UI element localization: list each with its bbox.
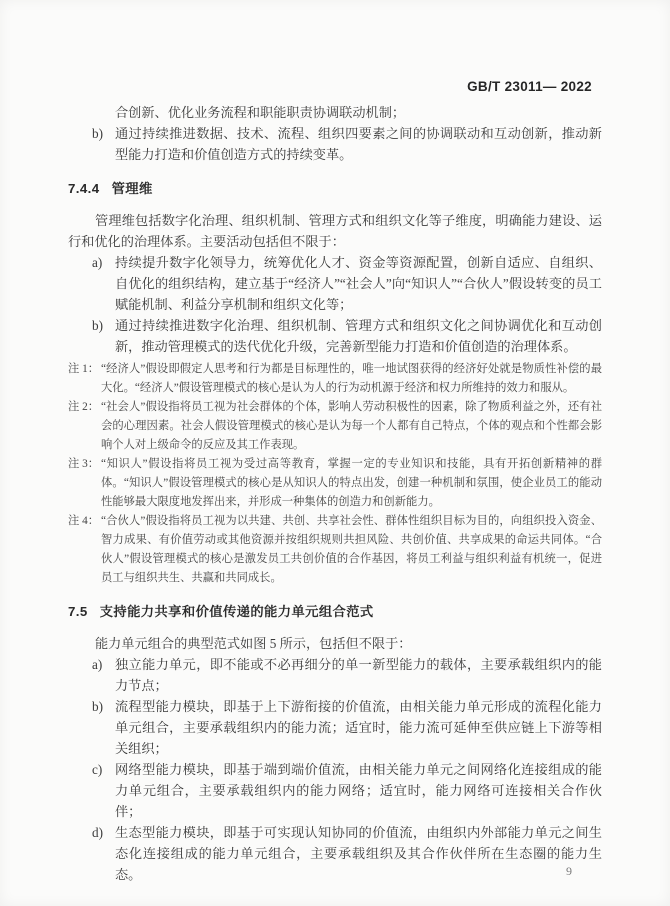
- list-item-text: 通过持续推进数字化治理、组织机制、管理方式和组织文化之间协调优化和互动创新，推动…: [115, 315, 602, 357]
- list-item-text: 网络型能力模块，即基于端到端价值流，由相关能力单元之间网络化连接组成的能力单元组…: [115, 759, 602, 822]
- section-title: 管理维: [112, 181, 153, 196]
- list-item: b) 通过持续推进数字化治理、组织机制、管理方式和组织文化之间协调优化和互动创新…: [92, 315, 602, 357]
- list-item: b) 通过持续推进数据、技术、流程、组织四要素之间的协调联动和互动创新，推动新型…: [92, 123, 602, 165]
- section-intro-paragraph: 能力单元组合的典型范式如图 5 所示，包括但不限于：: [68, 633, 602, 654]
- note-2: 注 2： “社会人”假设指将员工视为社会群体的个体，影响人劳动积极性的因素，除了…: [68, 398, 602, 455]
- list-item-text: 流程型能力模块，即基于上下游衔接的价值流，由相关能力单元形成的流程化能力单元组合…: [115, 696, 602, 759]
- note-label: 注 1：: [68, 360, 101, 398]
- continued-list: b) 通过持续推进数据、技术、流程、组织四要素之间的协调联动和互动创新，推动新型…: [68, 123, 602, 165]
- list-item: b) 流程型能力模块，即基于上下游衔接的价值流，由相关能力单元形成的流程化能力单…: [92, 696, 602, 759]
- continued-line: 合创新、优化业务流程和职能职责协调联动机制；: [115, 102, 602, 123]
- list-item-label: b): [92, 123, 115, 165]
- note-text: “经济人”假设即假定人思考和行为都是目标理性的，唯一地试图获得的经济好处就是物质…: [101, 360, 602, 398]
- list-item: a) 持续提升数字化领导力，统筹优化人才、资金等资源配置，创新自适应、自组织、自…: [92, 252, 602, 315]
- note-1: 注 1： “经济人”假设即假定人思考和行为都是目标理性的，唯一地试图获得的经济好…: [68, 360, 602, 398]
- note-label: 注 3：: [68, 455, 101, 512]
- page-number: 9: [566, 864, 572, 879]
- note-text: “知识人”假设指将员工视为受过高等教育，掌握一定的专业知识和技能，具有开拓创新精…: [101, 455, 602, 512]
- list-item-label: b): [92, 696, 115, 759]
- section-intro-paragraph: 管理维包括数字化治理、组织机制、管理方式和组织文化等子维度，明确能力建设、运行和…: [68, 210, 602, 252]
- list-item-label: b): [92, 315, 115, 357]
- section-7-5-list: a) 独立能力单元，即不能或不必再细分的单一新型能力的载体，主要承载组织内的能力…: [68, 654, 602, 885]
- list-item: c) 网络型能力模块，即基于端到端价值流，由相关能力单元之间网络化连接组成的能力…: [92, 759, 602, 822]
- list-item: a) 独立能力单元，即不能或不必再细分的单一新型能力的载体，主要承载组织内的能力…: [92, 654, 602, 696]
- section-7-4-4-list: a) 持续提升数字化领导力，统筹优化人才、资金等资源配置，创新自适应、自组织、自…: [68, 252, 602, 357]
- list-item: d) 生态型能力模块，即基于可实现认知协同的价值流，由组织内外部能力单元之间生态…: [92, 822, 602, 885]
- list-item-label: c): [92, 759, 115, 822]
- list-item-label: d): [92, 822, 115, 885]
- section-title: 支持能力共享和价值传递的能力单元组合范式: [100, 604, 374, 619]
- note-label: 注 2：: [68, 398, 101, 455]
- document-number-header: GB/T 23011— 2022: [467, 79, 592, 94]
- section-number: 7.4.4: [68, 181, 100, 196]
- notes-block: 注 1： “经济人”假设即假定人思考和行为都是目标理性的，唯一地试图获得的经济好…: [68, 360, 602, 588]
- section-heading-7-4-4: 7.4.4管理维: [68, 178, 602, 199]
- section-number: 7.5: [68, 604, 88, 619]
- note-label: 注 4：: [68, 512, 101, 588]
- note-text: “社会人”假设指将员工视为社会群体的个体，影响人劳动积极性的因素，除了物质利益之…: [101, 398, 602, 455]
- note-4: 注 4： “合伙人”假设指将员工视为以共建、共创、共享社会性、群体性组织目标为目…: [68, 512, 602, 588]
- list-item-label: a): [92, 252, 115, 315]
- list-item-text: 持续提升数字化领导力，统筹优化人才、资金等资源配置，创新自适应、自组织、自优化的…: [115, 252, 602, 315]
- list-item-text: 独立能力单元，即不能或不必再细分的单一新型能力的载体，主要承载组织内的能力节点；: [115, 654, 602, 696]
- note-3: 注 3： “知识人”假设指将员工视为受过高等教育，掌握一定的专业知识和技能，具有…: [68, 455, 602, 512]
- list-item-text: 通过持续推进数据、技术、流程、组织四要素之间的协调联动和互动创新，推动新型能力打…: [115, 123, 602, 165]
- section-heading-7-5: 7.5支持能力共享和价值传递的能力单元组合范式: [68, 601, 602, 622]
- list-item-label: a): [92, 654, 115, 696]
- document-page: GB/T 23011— 2022 合创新、优化业务流程和职能职责协调联动机制； …: [0, 0, 670, 906]
- page-content: 合创新、优化业务流程和职能职责协调联动机制； b) 通过持续推进数据、技术、流程…: [68, 102, 602, 885]
- note-text: “合伙人”假设指将员工视为以共建、共创、共享社会性、群体性组织目标为目的，向组织…: [101, 512, 602, 588]
- list-item-text: 生态型能力模块，即基于可实现认知协同的价值流，由组织内外部能力单元之间生态化连接…: [115, 822, 602, 885]
